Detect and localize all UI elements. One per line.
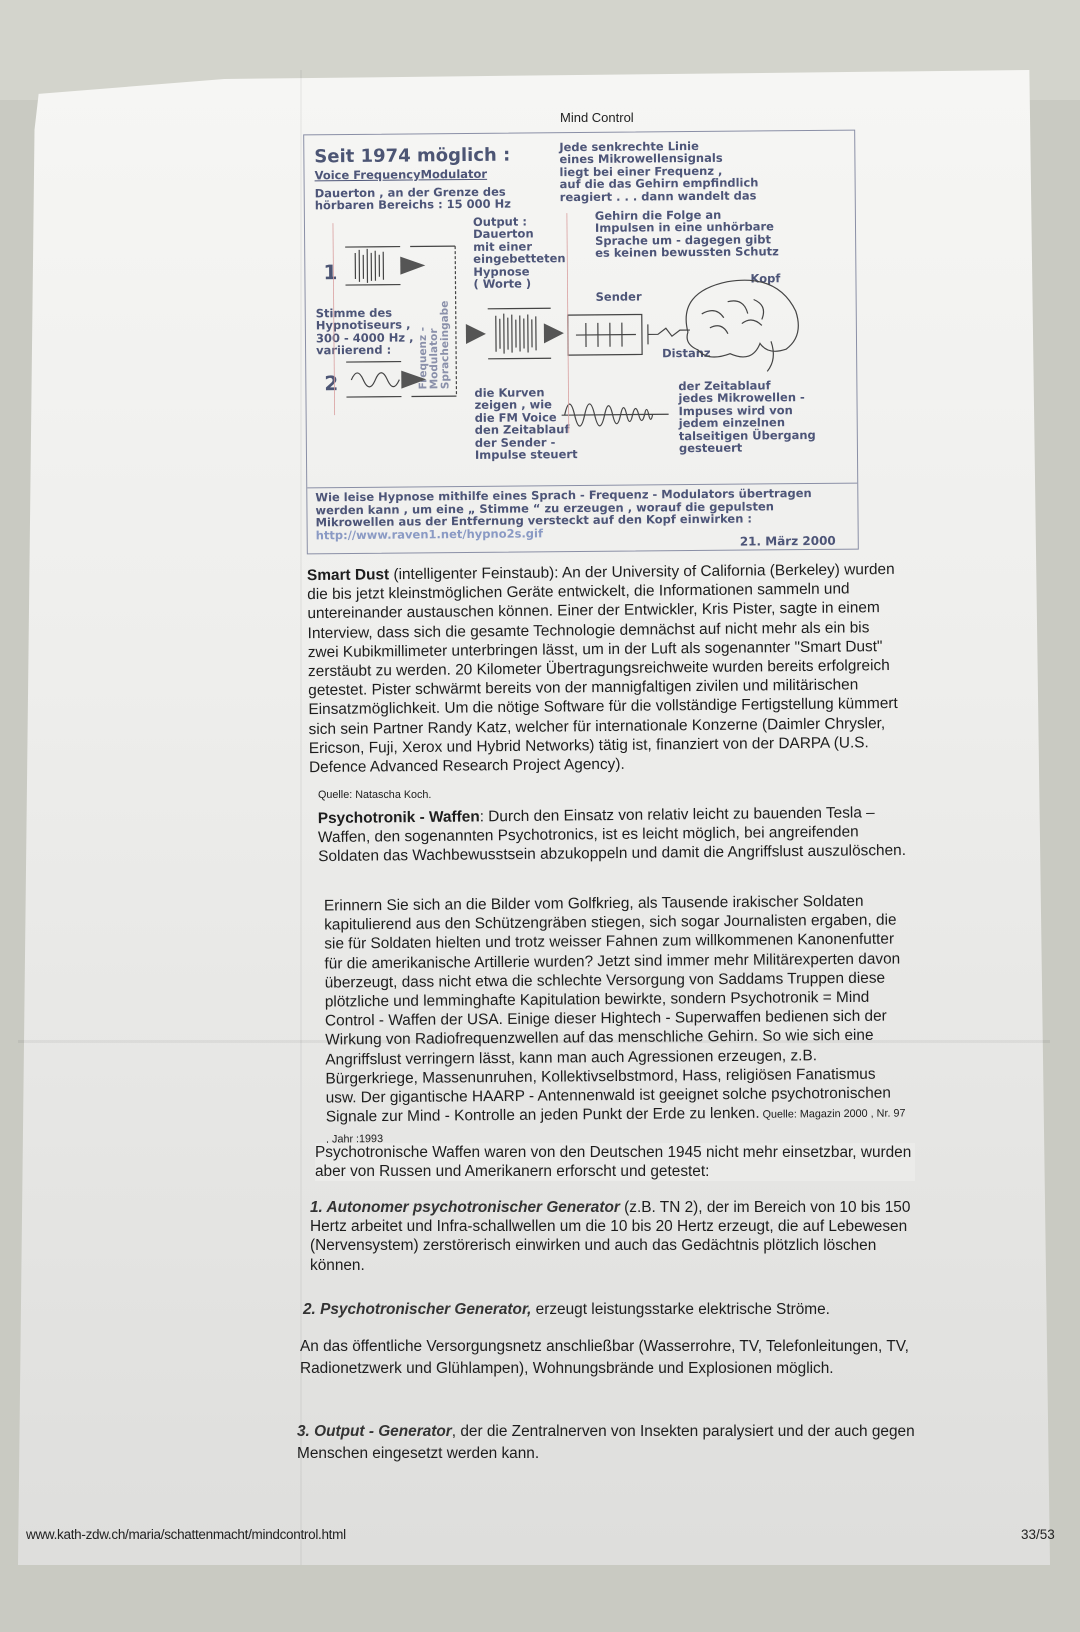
caption-url-link[interactable]: http://www.raven1.net/hypno2s.gif	[316, 526, 543, 542]
paragraph-1-text: Erinnern Sie sich an die Bilder vom Golf…	[324, 893, 900, 1126]
generator-item-1: 1. Autonomer psychotronischer Generator …	[310, 1198, 935, 1275]
generator-item-2-detail: An das öffentliche Versorgungsnetz ansch…	[300, 1336, 930, 1380]
psychotronik-title: Psychotronik - Waffen	[318, 808, 480, 827]
smart-dust-text: (intelligenter Feinstaub): An der Univer…	[307, 561, 898, 776]
item-2-text: erzeugt leistungsstarke elektrische Strö…	[531, 1301, 830, 1318]
smart-dust-title: Smart Dust	[307, 566, 389, 584]
item-1-title: 1. Autonomer psychotronischer Generator	[310, 1199, 620, 1216]
item-2-detail-text: An das öffentliche Versorgungsnetz ansch…	[300, 1338, 909, 1377]
diagram-date: 21. März 2000	[740, 535, 836, 549]
smart-dust-source: Quelle: Natascha Koch.	[318, 786, 431, 805]
generator-item-2: 2. Psychotronischer Generator, erzeugt l…	[303, 1300, 928, 1319]
caption-text: Wie leise Hypnose mithilfe eines Sprach …	[315, 486, 811, 530]
psychotronik-paragraph-1: Erinnern Sie sich an die Bilder vom Golf…	[324, 891, 906, 1150]
hypnosis-diagram: Seit 1974 möglich : Voice Frequency Modu…	[303, 130, 859, 555]
generator-item-3: 3. Output - Generator, der die Zentralne…	[297, 1421, 937, 1465]
signal-flow-graphic	[304, 131, 859, 488]
psychotronik-paragraph-2-text: Psychotronische Waffen waren von den Deu…	[315, 1143, 915, 1181]
footer-url[interactable]: www.kath-zdw.ch/maria/schattenmacht/mind…	[26, 1527, 346, 1542]
item-2-title: 2. Psychotronischer Generator,	[303, 1301, 531, 1318]
footer-page-number: 33/53	[1021, 1527, 1055, 1542]
smart-dust-paragraph: Smart Dust (intelligenter Feinstaub): An…	[307, 560, 905, 777]
psychotronik-intro: Psychotronik - Waffen: Durch den Einsatz…	[318, 803, 909, 867]
page-title: Mind Control	[560, 110, 634, 125]
item-3-title: 3. Output - Generator	[297, 1423, 452, 1440]
